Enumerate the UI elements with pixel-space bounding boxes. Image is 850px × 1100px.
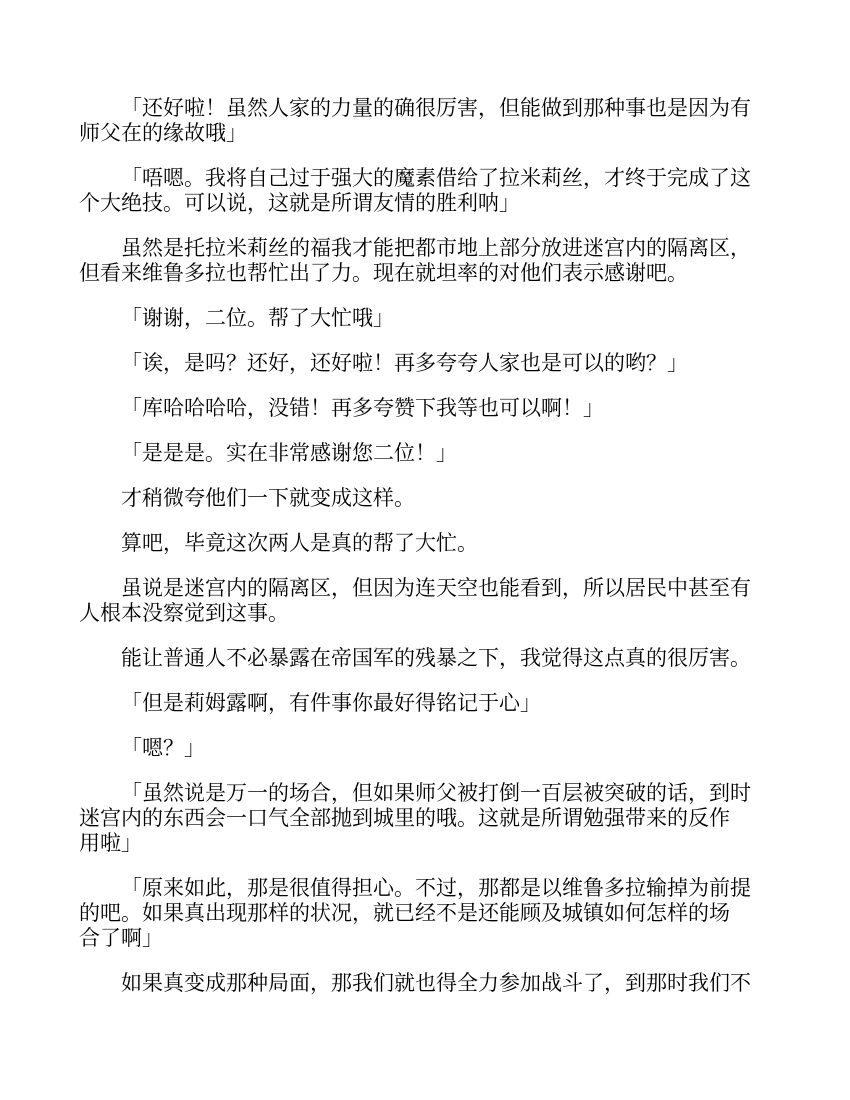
paragraph: 如果真变成那种局面，那我们就也得全力参加战斗了，到那时我们不 — [79, 971, 769, 996]
text-line: 「嗯？」 — [79, 736, 769, 761]
text-line: 「诶，是吗？还好，还好啦！再多夸夸人家也是可以的哟？」 — [79, 351, 769, 376]
paragraph: 「是是是。实在非常感谢您二位！」 — [79, 441, 769, 466]
text-line: 虽说是迷宫内的隔离区，但因为连天空也能看到，所以居民中甚至有 — [79, 576, 769, 601]
paragraph: 「嗯？」 — [79, 736, 769, 761]
text-line: 「是是是。实在非常感谢您二位！」 — [79, 441, 769, 466]
paragraph: 「库哈哈哈哈，没错！再多夸赞下我等也可以啊！」 — [79, 396, 769, 421]
text-line: 用啦」 — [79, 831, 769, 856]
paragraph: 「还好啦！虽然人家的力量的确很厉害，但能做到那种事也是因为有师父在的缘故哦」 — [79, 96, 769, 146]
paragraph: 算吧，毕竟这次两人是真的帮了大忙。 — [79, 531, 769, 556]
paragraph: 能让普通人不必暴露在帝国军的残暴之下，我觉得这点真的很厉害。 — [79, 646, 769, 671]
text-line: 能让普通人不必暴露在帝国军的残暴之下，我觉得这点真的很厉害。 — [79, 646, 769, 671]
paragraph: 「但是莉姆露啊，有件事你最好得铭记于心」 — [79, 691, 769, 716]
paragraph: 「唔嗯。我将自己过于强大的魔素借给了拉米莉丝，才终于完成了这个大绝技。可以说，这… — [79, 166, 769, 216]
text-line: 合了啊」 — [79, 926, 769, 951]
paragraph: 「虽然说是万一的场合，但如果师父被打倒一百层被突破的话，到时迷宫内的东西会一口气… — [79, 781, 769, 856]
text-line: 「谢谢，二位。帮了大忙哦」 — [79, 306, 769, 331]
text-line: 迷宫内的东西会一口气全部抛到城里的哦。这就是所谓勉强带来的反作 — [79, 806, 769, 831]
document-page: 「还好啦！虽然人家的力量的确很厉害，但能做到那种事也是因为有师父在的缘故哦」「唔… — [0, 0, 850, 1100]
text-line: 「虽然说是万一的场合，但如果师父被打倒一百层被突破的话，到时 — [79, 781, 769, 806]
text-line: 的吧。如果真出现那样的状况，就已经不是还能顾及城镇如何怎样的场 — [79, 901, 769, 926]
text-line: 师父在的缘故哦」 — [79, 121, 769, 146]
text-line: 「库哈哈哈哈，没错！再多夸赞下我等也可以啊！」 — [79, 396, 769, 421]
paragraph: 虽说是迷宫内的隔离区，但因为连天空也能看到，所以居民中甚至有人根本没察觉到这事。 — [79, 576, 769, 626]
text-line: 才稍微夸他们一下就变成这样。 — [79, 486, 769, 511]
text-line: 人根本没察觉到这事。 — [79, 601, 769, 626]
paragraph: 虽然是托拉米莉丝的福我才能把都市地上部分放进迷宫内的隔离区，但看来维鲁多拉也帮忙… — [79, 236, 769, 286]
text-line: 但看来维鲁多拉也帮忙出了力。现在就坦率的对他们表示感谢吧。 — [79, 261, 769, 286]
text-line: 「唔嗯。我将自己过于强大的魔素借给了拉米莉丝，才终于完成了这 — [79, 166, 769, 191]
text-line: 个大绝技。可以说，这就是所谓友情的胜利呐」 — [79, 191, 769, 216]
text-line: 「但是莉姆露啊，有件事你最好得铭记于心」 — [79, 691, 769, 716]
text-line: 算吧，毕竟这次两人是真的帮了大忙。 — [79, 531, 769, 556]
text-content: 「还好啦！虽然人家的力量的确很厉害，但能做到那种事也是因为有师父在的缘故哦」「唔… — [79, 96, 769, 1016]
text-line: 如果真变成那种局面，那我们就也得全力参加战斗了，到那时我们不 — [79, 971, 769, 996]
text-line: 「还好啦！虽然人家的力量的确很厉害，但能做到那种事也是因为有 — [79, 96, 769, 121]
text-line: 虽然是托拉米莉丝的福我才能把都市地上部分放进迷宫内的隔离区， — [79, 236, 769, 261]
paragraph: 「谢谢，二位。帮了大忙哦」 — [79, 306, 769, 331]
paragraph: 「原来如此，那是很值得担心。不过，那都是以维鲁多拉输掉为前提的吧。如果真出现那样… — [79, 876, 769, 951]
text-line: 「原来如此，那是很值得担心。不过，那都是以维鲁多拉输掉为前提 — [79, 876, 769, 901]
paragraph: 「诶，是吗？还好，还好啦！再多夸夸人家也是可以的哟？」 — [79, 351, 769, 376]
paragraph: 才稍微夸他们一下就变成这样。 — [79, 486, 769, 511]
